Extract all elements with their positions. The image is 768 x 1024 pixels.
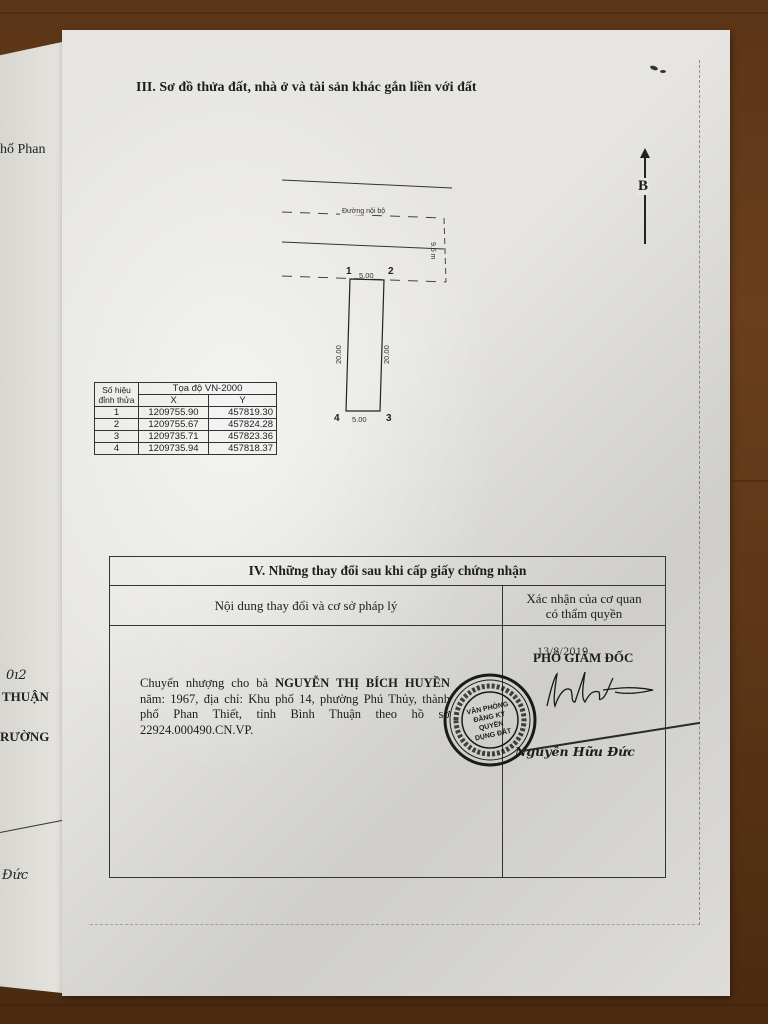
cell-vertex: 3: [95, 431, 139, 443]
section-4-header: IV. Những thay đổi sau khi cấp giấy chứn…: [110, 557, 666, 586]
table-row: 2 1209755.67 457824.28: [95, 419, 277, 431]
cell-y: 457818.37: [209, 443, 277, 455]
north-arrow-shaft: [644, 156, 646, 244]
wood-grain: [0, 12, 768, 14]
header-y: Y: [209, 395, 277, 407]
north-arrow: B: [638, 148, 652, 244]
cell-vertex: 1: [95, 407, 139, 419]
header-vertex: Số hiệu đỉnh thửa: [95, 383, 139, 407]
edge-bottom-length: 5.00: [352, 415, 367, 424]
edge-right-length: 20.00: [382, 345, 391, 364]
signature-icon: [537, 668, 657, 713]
left-page-text-phan: hố Phan: [0, 142, 46, 158]
wood-grain: [732, 480, 768, 482]
cell-vertex: 4: [95, 443, 139, 455]
column-header-confirmation: Xác nhận của cơ quan có thẩm quyền: [503, 586, 666, 626]
vertex-3: 3: [386, 413, 392, 424]
header-x: X: [139, 395, 209, 407]
left-page-text-number: 0ı2: [6, 668, 27, 683]
cell-x: 1209755.67: [139, 419, 209, 431]
land-plot-diagram: Đường nội bộ 9.5 m 1 2 3 4 5.00 5.00 20.…: [276, 170, 476, 430]
table-row: 4 1209735.94 457818.37: [95, 443, 277, 455]
left-page-text-thuan: THUẬN: [2, 689, 49, 705]
confirm-header-line-2: có thẩm quyền: [503, 606, 665, 621]
cell-x: 1209755.90: [139, 407, 209, 419]
cell-x: 1209735.71: [139, 431, 209, 443]
column-header-content: Nội dung thay đổi và cơ sở pháp lý: [110, 586, 503, 626]
table-row: 3 1209735.71 457823.36: [95, 431, 277, 443]
changes-table: IV. Những thay đổi sau khi cấp giấy chứn…: [109, 556, 666, 878]
road-label: Đường nội bộ: [340, 208, 387, 215]
official-stamp-icon: VĂN PHÒNG ĐĂNG KÝ QUYỀN DỤNG ĐẤT: [442, 672, 538, 768]
coordinate-table: Số hiệu đỉnh thửa Tọa độ VN-2000 X Y 1 1…: [94, 382, 277, 455]
section-3-title: III. Sơ đồ thửa đất, nhà ở và tài sản kh…: [136, 80, 477, 96]
paper-speck: [660, 70, 666, 73]
cell-y: 457823.36: [209, 431, 277, 443]
entry-text-before: Chuyển nhượng cho bà: [140, 676, 275, 690]
edge-left-length: 20.00: [334, 345, 343, 364]
left-page-handwriting: Đức: [2, 868, 28, 883]
vertex-4: 4: [334, 413, 340, 424]
vertex-1: 1: [346, 266, 352, 277]
vertex-2: 2: [388, 266, 394, 277]
transferee-name: NGUYỄN THỊ BÍCH HUYỀN: [275, 676, 450, 690]
cell-vertex: 2: [95, 419, 139, 431]
entry-text-after: năm: 1967, địa chỉ: Khu phố 14, phường P…: [140, 692, 450, 737]
wood-grain: [0, 1004, 768, 1006]
table-row: 1 1209755.90 457819.30: [95, 407, 277, 419]
road-width-label: 9.5 m: [429, 242, 436, 260]
signer-position: PHÓ GIÁM ĐỐC: [533, 650, 633, 666]
confirm-header-line-1: Xác nhận của cơ quan: [503, 591, 665, 606]
north-label: B: [637, 178, 649, 195]
certificate-page: III. Sơ đồ thửa đất, nhà ở và tài sản kh…: [62, 30, 730, 996]
left-page-text-truong: RƯỜNG: [0, 729, 49, 745]
section-4-title: IV. Những thay đổi sau khi cấp giấy chứn…: [249, 563, 527, 578]
edge-top-length: 5.00: [359, 271, 374, 280]
cell-x: 1209735.94: [139, 443, 209, 455]
cell-y: 457819.30: [209, 407, 277, 419]
cell-y: 457824.28: [209, 419, 277, 431]
transfer-entry: Chuyển nhượng cho bà NGUYỄN THỊ BÍCH HUY…: [140, 676, 450, 738]
header-coordinate-system: Tọa độ VN-2000: [139, 383, 277, 395]
